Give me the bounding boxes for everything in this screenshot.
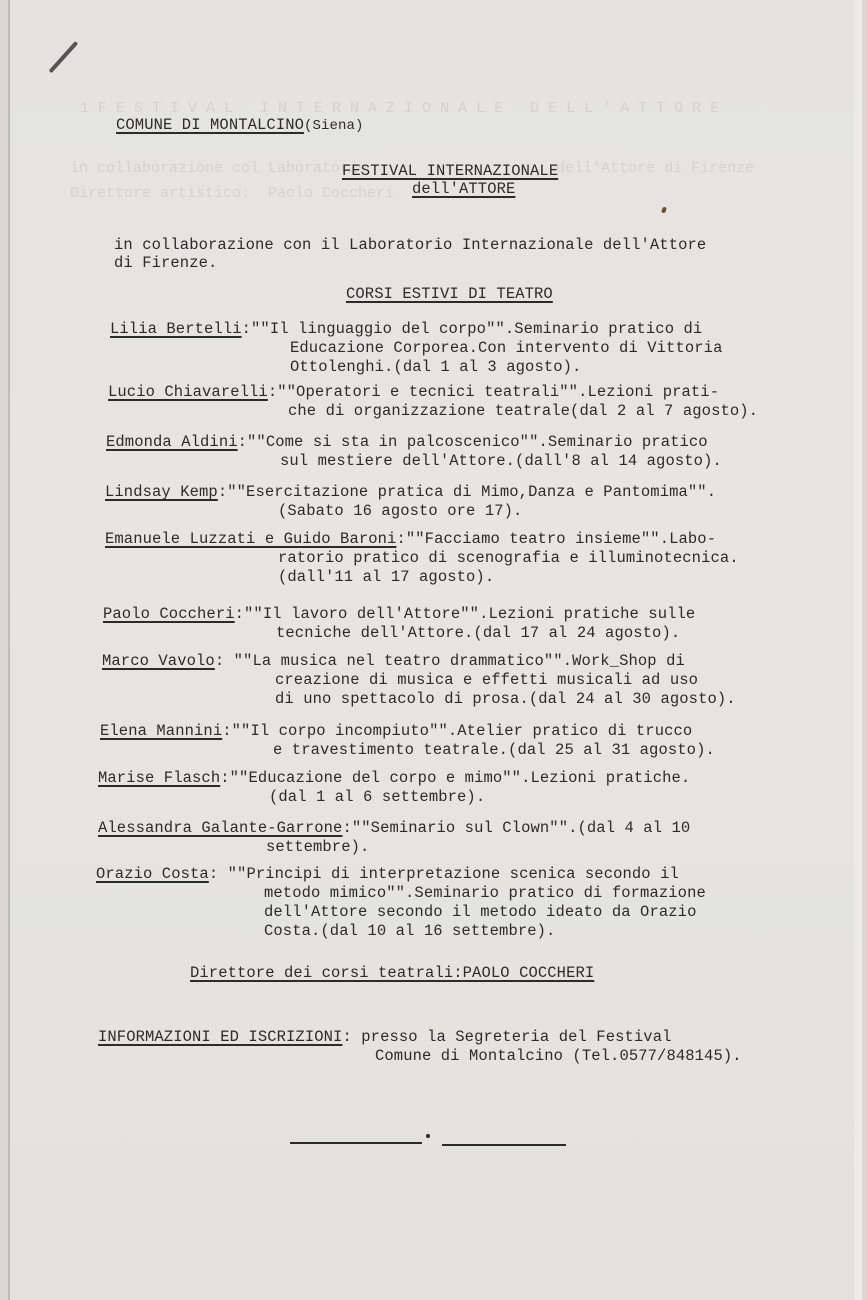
ink-speck bbox=[661, 206, 667, 213]
course-entry: Elena Mannini:""Il corpo incompiuto"".At… bbox=[100, 722, 692, 741]
info-label: INFORMAZIONI ED ISCRIZIONI bbox=[98, 1028, 342, 1046]
course-description: ""Come si sta in palcoscenico"".Seminari… bbox=[247, 433, 708, 451]
course-entry: Edmonda Aldini:""Come si sta in palcosce… bbox=[106, 433, 708, 452]
course-separator: : bbox=[215, 652, 224, 670]
section-title: CORSI ESTIVI DI TEATRO bbox=[346, 285, 553, 304]
course-instructor: Marise Flasch bbox=[98, 769, 220, 787]
course-description-continuation: Costa.(dal 10 al 16 settembre). bbox=[264, 922, 555, 941]
course-instructor: Elena Mannini bbox=[100, 722, 222, 740]
festival-title: FESTIVAL INTERNAZIONALE bbox=[342, 162, 558, 181]
course-instructor: Emanuele Luzzati e Guido Baroni bbox=[105, 530, 396, 548]
course-description-continuation: (dal 1 al 6 settembre). bbox=[269, 788, 485, 807]
course-description-continuation: di uno spettacolo di prosa.(dal 24 al 30… bbox=[275, 690, 736, 709]
course-description-continuation: tecniche dell'Attore.(dal 17 al 24 agost… bbox=[276, 624, 680, 643]
course-description-continuation: (Sabato 16 agosto ore 17). bbox=[278, 502, 522, 521]
course-separator: : bbox=[209, 865, 218, 883]
course-description-continuation: sul mestiere dell'Attore.(dall'8 al 14 a… bbox=[280, 452, 722, 471]
course-description-continuation: Educazione Corporea.Con intervento di Vi… bbox=[290, 339, 722, 358]
municipality-name: COMUNE DI MONTALCINO bbox=[116, 116, 304, 134]
show-through-text: 1 F E S T I V A L I N T E R N A Z I O N … bbox=[80, 100, 719, 117]
closing-rule-right bbox=[442, 1144, 566, 1146]
course-separator: : bbox=[238, 433, 247, 451]
collaboration-line-2: di Firenze. bbox=[114, 254, 217, 273]
info-line-2: Comune di Montalcino (Tel.0577/848145). bbox=[375, 1047, 742, 1066]
info-block: INFORMAZIONI ED ISCRIZIONI: presso la Se… bbox=[98, 1028, 672, 1047]
course-description: ""La musica nel teatro drammatico"".Work… bbox=[224, 652, 685, 670]
course-instructor: Alessandra Galante-Garrone bbox=[98, 819, 342, 837]
course-instructor: Lindsay Kemp bbox=[105, 483, 218, 501]
course-description-continuation: settembre). bbox=[266, 838, 369, 857]
closing-dot bbox=[426, 1134, 430, 1138]
info-line-1: presso la Segreteria del Festival bbox=[361, 1028, 671, 1046]
course-description-continuation: e travestimento teatrale.(dal 25 al 31 a… bbox=[273, 741, 715, 760]
course-entry: Orazio Costa: ""Principi di interpretazi… bbox=[96, 865, 679, 884]
course-separator: : bbox=[220, 769, 229, 787]
course-entry: Marco Vavolo: ""La musica nel teatro dra… bbox=[102, 652, 685, 671]
course-description: ""Seminario sul Clown"".(dal 4 al 10 bbox=[352, 819, 690, 837]
course-instructor: Paolo Coccheri bbox=[103, 605, 235, 623]
course-separator: : bbox=[268, 383, 277, 401]
collaboration-line-1: in collaborazione con il Laboratorio Int… bbox=[114, 236, 706, 255]
course-separator: : bbox=[235, 605, 244, 623]
course-instructor: Orazio Costa bbox=[96, 865, 209, 883]
course-entry: Lindsay Kemp:""Esercitazione pratica di … bbox=[105, 483, 716, 502]
paper-sheet: 1 F E S T I V A L I N T E R N A Z I O N … bbox=[8, 0, 862, 1300]
course-description: ""Educazione del corpo e mimo"".Lezioni … bbox=[230, 769, 691, 787]
course-entry: Paolo Coccheri:""Il lavoro dell'Attore""… bbox=[103, 605, 695, 624]
course-entry: Emanuele Luzzati e Guido Baroni:""Faccia… bbox=[105, 530, 716, 549]
closing-rule-left bbox=[290, 1142, 422, 1144]
director-name: PAOLO COCCHERI bbox=[463, 964, 595, 982]
course-description: ""Il lavoro dell'Attore"".Lezioni pratic… bbox=[244, 605, 695, 623]
paper-edge bbox=[854, 0, 862, 1300]
course-description: ""Operatori e tecnici teatrali"".Lezioni… bbox=[277, 383, 719, 401]
course-description-continuation: creazione di musica e effetti musicali a… bbox=[275, 671, 698, 690]
municipality-header: COMUNE DI MONTALCINO(Siena) bbox=[116, 116, 364, 136]
course-separator: : bbox=[222, 722, 231, 740]
course-description-continuation: Ottolenghi.(dal 1 al 3 agosto). bbox=[290, 358, 581, 377]
course-description-continuation: che di organizzazione teatrale(dal 2 al … bbox=[288, 402, 758, 421]
course-description: ""Esercitazione pratica di Mimo,Danza e … bbox=[227, 483, 716, 501]
course-entry: Lilia Bertelli:""Il linguaggio del corpo… bbox=[110, 320, 702, 339]
course-entry: Marise Flasch:""Educazione del corpo e m… bbox=[98, 769, 690, 788]
course-description-continuation: ratorio pratico di scenografia e illumin… bbox=[278, 549, 739, 568]
course-instructor: Edmonda Aldini bbox=[106, 433, 238, 451]
staple-mark bbox=[49, 41, 79, 73]
course-description-continuation: dell'Attore secondo il metodo ideato da … bbox=[264, 903, 696, 922]
course-instructor: Lucio Chiavarelli bbox=[108, 383, 268, 401]
course-description-continuation: metodo mimico"".Seminario pratico di for… bbox=[264, 884, 706, 903]
course-separator: : bbox=[342, 819, 351, 837]
course-entry: Alessandra Galante-Garrone:""Seminario s… bbox=[98, 819, 690, 838]
course-description: ""Il corpo incompiuto"".Atelier pratico … bbox=[232, 722, 693, 740]
course-instructor: Lilia Bertelli bbox=[110, 320, 242, 338]
course-separator: : bbox=[218, 483, 227, 501]
course-separator: : bbox=[396, 530, 405, 548]
festival-subtitle: dell'ATTORE bbox=[412, 180, 515, 199]
director-label: Direttore dei corsi teatrali: bbox=[190, 964, 463, 982]
course-description: ""Il linguaggio del corpo"".Seminario pr… bbox=[251, 320, 702, 338]
course-description: ""Principi di interpretazione scenica se… bbox=[218, 865, 679, 883]
course-instructor: Marco Vavolo bbox=[102, 652, 215, 670]
director-line: Direttore dei corsi teatrali:PAOLO COCCH… bbox=[190, 964, 594, 983]
course-entry: Lucio Chiavarelli:""Operatori e tecnici … bbox=[108, 383, 719, 402]
course-separator: : bbox=[242, 320, 251, 338]
show-through-text: Direttore artistico: Paolo Coccheri bbox=[70, 185, 394, 202]
province: (Siena) bbox=[304, 118, 364, 134]
course-description-continuation: (dall'11 al 17 agosto). bbox=[278, 568, 494, 587]
course-description: ""Facciamo teatro insieme"".Labo- bbox=[406, 530, 716, 548]
